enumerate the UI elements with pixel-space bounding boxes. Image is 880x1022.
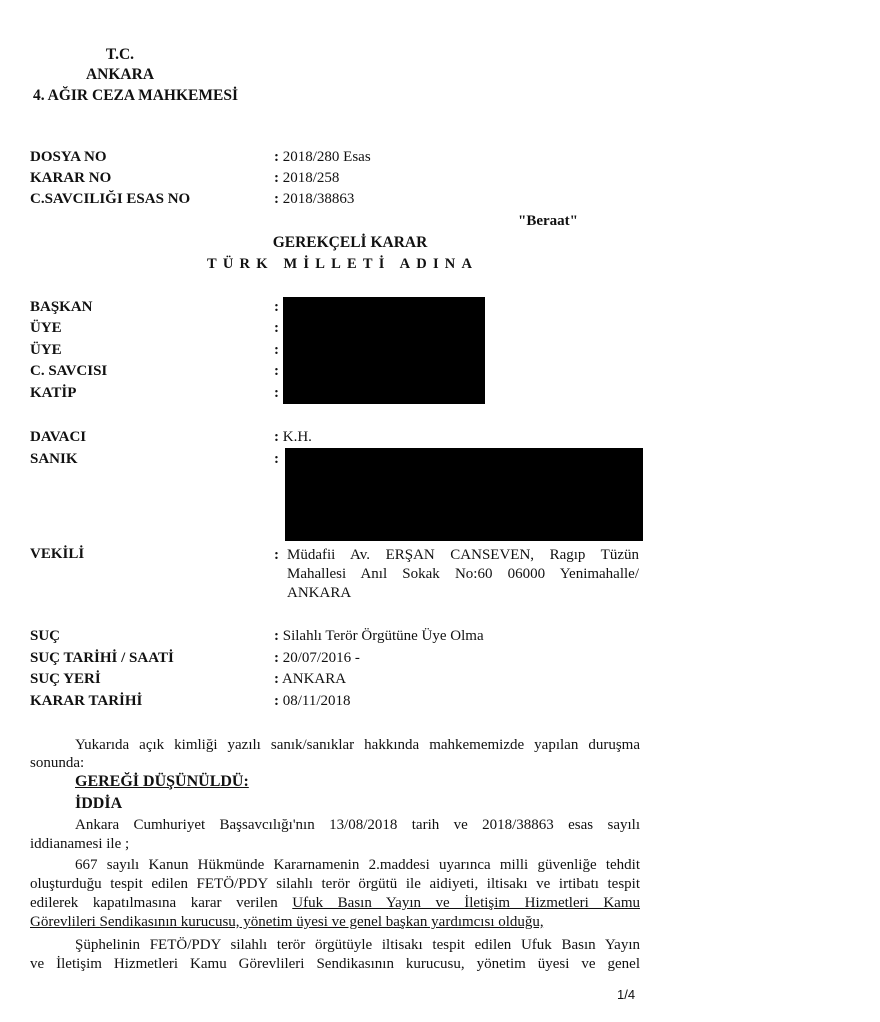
body-line: oluşturduğu tespit edilen FETÖ/PDY silah… xyxy=(30,876,640,893)
crime-value: : 20/07/2016 - xyxy=(274,650,360,667)
davaci-value: : K.H. xyxy=(274,429,312,446)
document-subtitle: TÜRK MİLLETİ ADINA xyxy=(207,256,478,273)
case-label: DOSYA NO xyxy=(30,149,107,166)
colon: : xyxy=(274,451,279,468)
body-line: Ankara Cumhuriyet Başsavcılığı'nın 13/08… xyxy=(30,817,640,834)
colon: : xyxy=(274,363,279,380)
body-line: Şüphelinin FETÖ/PDY silahlı terör örgütü… xyxy=(30,937,640,954)
body-line: Görevlileri Sendikasının kurucusu, yönet… xyxy=(30,914,544,931)
section-heading: İDDİA xyxy=(75,795,122,813)
crime-label: SUÇ YERİ xyxy=(30,671,101,688)
vekili-line: Müdafii Av. ERŞAN CANSEVEN, Ragıp Tüzün xyxy=(287,547,639,564)
body-line: ve İletişim Hizmetleri Kamu Görevlileri … xyxy=(30,956,640,973)
section-heading: GEREĞİ DÜŞÜNÜLDÜ: xyxy=(75,773,249,791)
crime-value: : 08/11/2018 xyxy=(274,693,351,710)
panel-label: ÜYE xyxy=(30,320,62,337)
crime-value: : ANKARA xyxy=(274,671,346,688)
crime-label: KARAR TARİHİ xyxy=(30,693,142,710)
redaction-block-sanik xyxy=(285,448,643,541)
sanik-label: SANIK xyxy=(30,451,78,468)
colon: : xyxy=(274,342,279,359)
colon: : xyxy=(274,547,279,564)
colon: : xyxy=(274,385,279,402)
vekili-line: ANKARA xyxy=(287,585,351,602)
verdict-tag: "Beraat" xyxy=(518,213,578,230)
header-city: ANKARA xyxy=(60,66,180,84)
page-number: 1/4 xyxy=(617,987,635,1002)
case-label: KARAR NO xyxy=(30,170,111,187)
body-line: iddianamesi ile ; xyxy=(30,836,129,853)
case-label: C.SAVCILIĞI ESAS NO xyxy=(30,191,190,208)
panel-label: KATİP xyxy=(30,385,76,402)
colon: : xyxy=(274,299,279,316)
header-court: 4. AĞIR CEZA MAHKEMESİ xyxy=(33,87,238,105)
crime-label: SUÇ TARİHİ / SAATİ xyxy=(30,650,174,667)
body-line: sonunda: xyxy=(30,755,84,772)
body-line: edilerek kapatılmasına karar verilen Ufu… xyxy=(30,895,640,912)
body-line: 667 sayılı Kanun Hükmünde Kararnamenin 2… xyxy=(30,857,640,874)
case-value: : 2018/258 xyxy=(274,170,339,187)
panel-label: C. SAVCISI xyxy=(30,363,107,380)
vekili-line: Mahallesi Anıl Sokak No:60 06000 Yenimah… xyxy=(287,566,639,583)
panel-label: ÜYE xyxy=(30,342,62,359)
document-title: GEREKÇELİ KARAR xyxy=(200,234,500,252)
case-value: : 2018/38863 xyxy=(274,191,354,208)
case-value: : 2018/280 Esas xyxy=(274,149,371,166)
crime-label: SUÇ xyxy=(30,628,60,645)
davaci-label: DAVACI xyxy=(30,429,86,446)
body-line: Yukarıda açık kimliği yazılı sanık/sanık… xyxy=(30,737,640,754)
header-tc: T.C. xyxy=(60,46,180,64)
colon: : xyxy=(274,320,279,337)
crime-value: : Silahlı Terör Örgütüne Üye Olma xyxy=(274,628,484,645)
panel-label: BAŞKAN xyxy=(30,299,93,316)
redaction-block-panel xyxy=(283,297,485,404)
vekili-label: VEKİLİ xyxy=(30,546,84,563)
